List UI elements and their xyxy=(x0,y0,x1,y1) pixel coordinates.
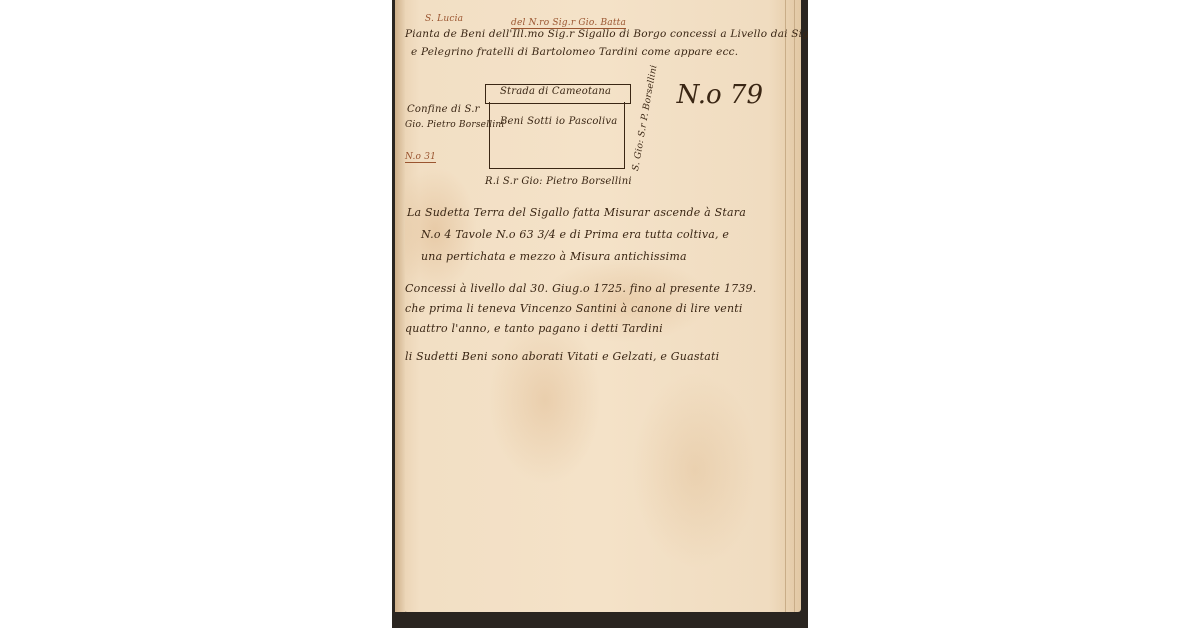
paragraph-2-line-2: che prima li teneva Vincenzo Santini à c… xyxy=(405,302,743,315)
manuscript-page: S. Lucia del N.ro Sig.r Gio. Batta Piant… xyxy=(395,0,801,612)
paragraph-2-line-1: Concessi à livello dal 30. Giug.o 1725. … xyxy=(405,282,756,295)
paragraph-1-line-1: La Sudetta Terra del Sigallo fatta Misur… xyxy=(407,206,746,219)
margin-note: N.o 31 xyxy=(405,152,436,163)
left-boundary-label-1: Confine di S.r xyxy=(407,104,480,115)
header-note-red: S. Lucia xyxy=(425,14,463,24)
paragraph-1-line-2: N.o 4 Tavole N.o 63 3/4 e di Prima era t… xyxy=(421,228,729,241)
sketch-road-box: Strada di Cameotana xyxy=(485,84,631,104)
field-label: Beni Sotti io Pascoliva xyxy=(500,116,617,127)
page-edge xyxy=(785,0,795,612)
paragraph-3-line-1: li Sudetti Beni sono aborati Vitati e Ge… xyxy=(405,350,719,363)
bottom-boundary-label: R.i S.r Gio: Pietro Borsellini xyxy=(485,176,632,187)
title-line-1: Pianta de Beni dell'Ill.mo Sig.r Sigallo… xyxy=(405,28,808,40)
folio-number: N.o 79 xyxy=(677,80,763,110)
paragraph-1-line-3: una pertichata e mezzo à Misura antichis… xyxy=(421,250,687,263)
page-gutter xyxy=(395,0,405,612)
manuscript-scan: S. Lucia del N.ro Sig.r Gio. Batta Piant… xyxy=(392,0,808,628)
right-boundary-label: S. Gio: S.r P. Borsellini xyxy=(631,64,659,171)
road-label: Strada di Cameotana xyxy=(500,86,611,97)
sketch-field-box: Beni Sotti io Pascoliva xyxy=(489,102,625,169)
title-line-2: e Pelegrino fratelli di Bartolomeo Tardi… xyxy=(411,46,738,58)
document-viewer: S. Lucia del N.ro Sig.r Gio. Batta Piant… xyxy=(0,0,1200,628)
paragraph-2-line-3: quattro l'anno, e tanto pagano i detti T… xyxy=(405,322,663,335)
left-boundary-label-2: Gio. Pietro Borsellini xyxy=(405,120,505,130)
